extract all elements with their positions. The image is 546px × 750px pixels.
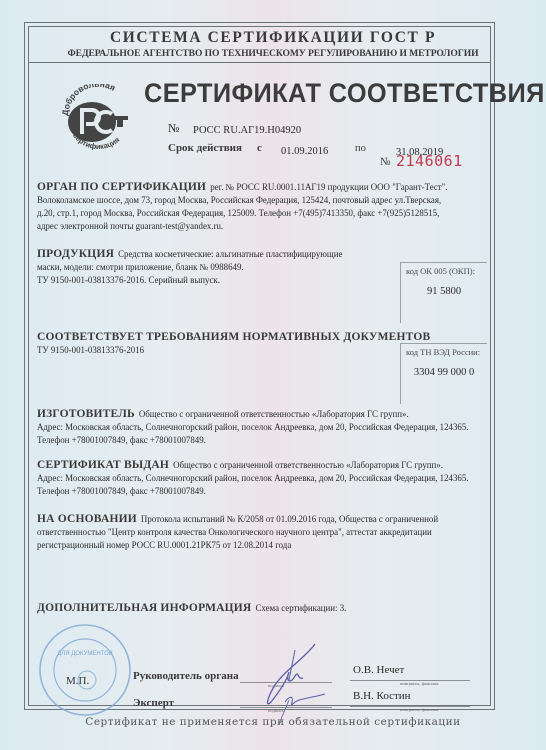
section-line: д.20, стр.1, город Москва, Российская Фе… <box>37 207 448 220</box>
tnved-code-label: код ТН ВЭД России: <box>406 347 480 357</box>
section-line: Протокола испытаний № К/2058 от 01.09.20… <box>141 514 438 524</box>
section-conformity: СООТВЕТСТВУЕТ ТРЕБОВАНИЯМ НОРМАТИВНЫХ ДО… <box>37 331 434 357</box>
mandatory-certification-notice: Сертификат не применяется при обязательн… <box>0 716 546 728</box>
head-name: О.В. Нечет <box>353 664 404 676</box>
section-heading: СООТВЕТСТВУЕТ ТРЕБОВАНИЯМ НОРМАТИВНЫХ ДО… <box>37 331 430 343</box>
section-line: регистрационный номер РОСС RU.0001.21РК7… <box>37 539 438 552</box>
validity-to-label: по <box>355 143 366 154</box>
section-heading: НА ОСНОВАНИИ <box>37 513 137 525</box>
stamp-place-label: М.П. <box>66 675 89 687</box>
section-heading: ОРГАН ПО СЕРТИФИКАЦИИ <box>37 181 206 193</box>
section-certification-body: ОРГАН ПО СЕРТИФИКАЦИИрег. № РОСС RU.0001… <box>37 181 448 233</box>
rst-logo-icon: Добровольная сертификация <box>60 84 136 156</box>
section-heading: ДОПОЛНИТЕЛЬНАЯ ИНФОРМАЦИЯ <box>37 602 251 614</box>
svg-text:ДЛЯ ДОКУМЕНТОВ: ДЛЯ ДОКУМЕНТОВ <box>57 651 113 657</box>
section-additional-info: ДОПОЛНИТЕЛЬНАЯ ИНФОРМАЦИЯСхема сертифика… <box>37 602 346 615</box>
handwritten-signature-icon <box>255 640 355 725</box>
section-basis: НА ОСНОВАНИИПротокола испытаний № К/2058… <box>37 513 438 552</box>
section-line: Схема сертификации: 3. <box>255 603 346 613</box>
section-issued-to: СЕРТИФИКАТ ВЫДАНОбщество с ограниченной … <box>37 459 469 498</box>
section-line: Телефон +78001007849, факс +78001007849. <box>37 434 469 447</box>
section-line: ТУ 9150-001-03813376-2016. Серийный выпу… <box>37 274 342 287</box>
section-line: Адрес: Московская область, Солнечногорск… <box>37 472 469 485</box>
initials-caption: инициалы, фамилия <box>400 681 439 686</box>
seal-stamp-icon: ДЛЯ ДОКУМЕНТОВ <box>37 622 133 718</box>
section-product: ПРОДУКЦИЯСредства косметические: альгина… <box>37 248 342 287</box>
initials-caption: инициалы, фамилия <box>400 707 439 712</box>
header-divider <box>28 62 491 63</box>
blank-number-label: № <box>380 156 391 168</box>
okp-code-box: код ОК 005 (ОКП): 91 5800 <box>400 262 487 323</box>
section-line: маски, модели: смотри приложение, бланк … <box>37 261 342 274</box>
okp-code-label: код ОК 005 (ОКП): <box>406 266 475 276</box>
section-line: Телефон +78001007849, факс +78001007849. <box>37 485 469 498</box>
section-line: рег. № РОСС RU.0001.11АГ19 продукции ООО… <box>210 182 447 192</box>
okp-code-value: 91 5800 <box>401 286 487 297</box>
validity-label: Срок действия <box>168 142 242 154</box>
section-manufacturer: ИЗГОТОВИТЕЛЬОбщество с ограниченной отве… <box>37 408 469 447</box>
section-heading: ПРОДУКЦИЯ <box>37 248 114 260</box>
expert-name: В.Н. Костин <box>353 690 411 702</box>
section-heading: ИЗГОТОВИТЕЛЬ <box>37 408 135 420</box>
tnved-code-box: код ТН ВЭД России: 3304 99 000 0 <box>400 343 487 404</box>
system-title: СИСТЕМА СЕРТИФИКАЦИИ ГОСТ Р <box>0 29 546 47</box>
section-line: ответственностью "Центр контроля качеств… <box>37 526 438 539</box>
section-line: Общество с ограниченной ответственностью… <box>139 409 409 419</box>
validity-from-label: с <box>257 142 262 154</box>
expert-role-label: Эксперт <box>133 697 174 709</box>
section-line: Общество с ограниченной ответственностью… <box>173 460 443 470</box>
section-line: Адрес: Московская область, Солнечногорск… <box>37 421 469 434</box>
certificate-title: СЕРТИФИКАТ СООТВЕТСТВИЯ <box>144 78 545 109</box>
certificate-number: РОСС RU.АГ19.Н04920 <box>193 125 301 136</box>
section-line: Средства косметические: альгинатные плас… <box>118 249 342 259</box>
head-role-label: Руководитель органа <box>133 670 239 682</box>
agency-name: ФЕДЕРАЛЬНОЕ АГЕНТСТВО ПО ТЕХНИЧЕСКОМУ РЕ… <box>0 48 546 59</box>
certificate-number-label: № <box>168 121 179 136</box>
section-heading: СЕРТИФИКАТ ВЫДАН <box>37 459 169 471</box>
section-line: ТУ 9150-001-03813376-2016 <box>37 344 434 357</box>
tnved-code-value: 3304 99 000 0 <box>401 367 487 378</box>
section-line: Волоколамское шоссе, дом 73, город Москв… <box>37 194 448 207</box>
blank-number: 2146061 <box>396 152 463 170</box>
validity-date-from: 01.09.2016 <box>281 146 328 157</box>
section-line: адрес электронной почты guarant-test@yan… <box>37 220 448 233</box>
